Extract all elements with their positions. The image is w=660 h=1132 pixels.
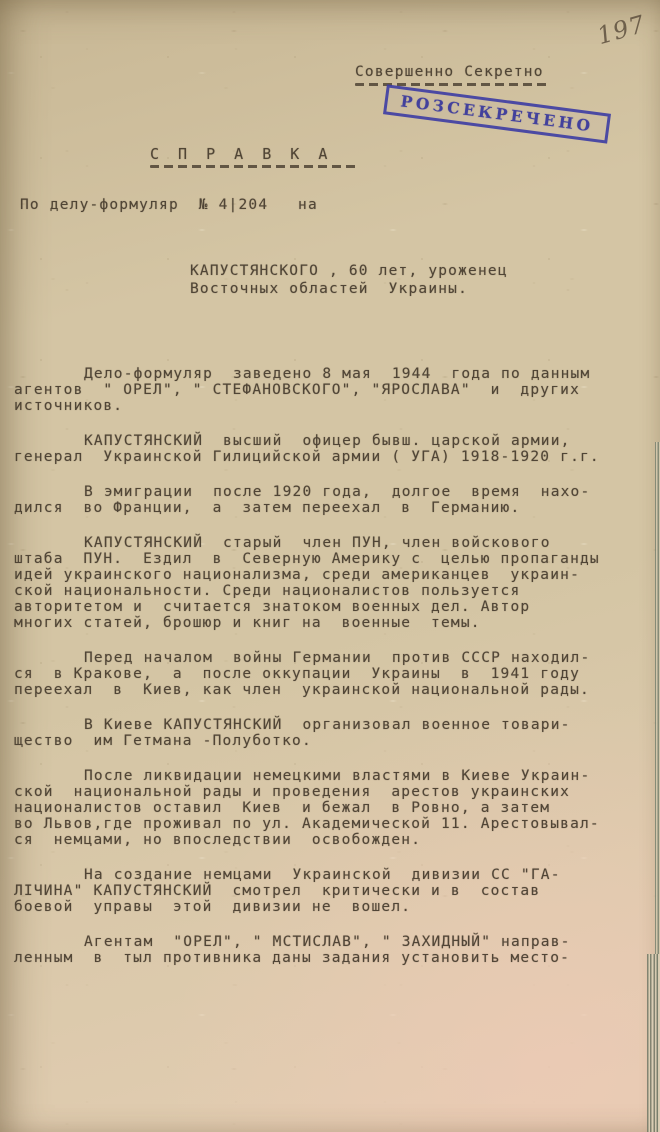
book-page-corner-edges: [647, 954, 660, 1132]
paragraph: В эмиграции после 1920 года, долгое врем…: [14, 484, 654, 516]
classification-header: Совершенно Секретно: [355, 64, 551, 86]
typewritten-line: боевой управы этой дивизии не вошел.: [14, 899, 654, 915]
typewritten-line: После ликвидации немецкими властями в Ки…: [14, 768, 654, 784]
typewritten-line: ской национальности. Среди националистов…: [14, 583, 654, 599]
typewritten-line: во Львов,где проживал по ул. Академическ…: [14, 816, 654, 832]
typewritten-line: Дело-формуляр заведено 8 мая 1944 года п…: [14, 366, 654, 382]
typewritten-line: КАПУСТЯНСКИЙ высший офицер бывш. царской…: [14, 433, 654, 449]
typewritten-line: КАПУСТЯНСКИЙ старый член ПУН, член войск…: [14, 535, 654, 551]
typewritten-line: идей украинского национализма, среди аме…: [14, 567, 654, 583]
classification-text: Совершенно Секретно: [355, 64, 551, 80]
typewritten-line: Агентам "ОРЕЛ", " МСТИСЛАВ", " ЗАХИДНЫЙ"…: [14, 934, 654, 950]
subject-line: КАПУСТЯНСКОГО , 60 лет, уроженец: [190, 262, 508, 280]
document-title-block: С П Р А В К А: [150, 146, 358, 168]
declassified-stamp: РОЗСЕКРЕЧЕНО: [383, 84, 611, 143]
scanned-document-page: 197 Совершенно Секретно РОЗСЕКРЕЧЕНО С П…: [0, 0, 660, 1132]
typewritten-line: генерал Украинской Гилицийской армии ( У…: [14, 449, 654, 465]
typewritten-line: авторитетом и считается знатоком военных…: [14, 599, 654, 615]
paragraph: После ликвидации немецкими властями в Ки…: [14, 768, 654, 848]
typewritten-line: На создание немцами Украинской дивизии С…: [14, 867, 654, 883]
typewritten-line: переехал в Киев, как член украинской нац…: [14, 682, 654, 698]
paragraph: КАПУСТЯНСКИЙ старый член ПУН, член войск…: [14, 535, 654, 631]
paragraph: Перед началом войны Германии против СССР…: [14, 650, 654, 698]
typewritten-line: националистов оставил Киев и бежал в Ров…: [14, 800, 654, 816]
paragraph: КАПУСТЯНСКИЙ высший офицер бывш. царской…: [14, 433, 654, 465]
typewritten-line: ЛІЧИНА" КАПУСТЯНСКИЙ смотрел критически …: [14, 883, 654, 899]
paragraph: В Киеве КАПУСТЯНСКИЙ организовал военное…: [14, 717, 654, 749]
typewritten-line: ской национальной рады и проведения арес…: [14, 784, 654, 800]
paragraph: Дело-формуляр заведено 8 мая 1944 года п…: [14, 366, 654, 414]
typewritten-line: агентов " ОРЕЛ", " СТЕФАНОВСКОГО", "ЯРОС…: [14, 382, 654, 398]
typewritten-line: ся немцами, но впоследствии освобожден.: [14, 832, 654, 848]
typewritten-line: ся в Кракове, а после оккупации Украины …: [14, 666, 654, 682]
typewritten-line: источников.: [14, 398, 654, 414]
paragraph: На создание немцами Украинской дивизии С…: [14, 867, 654, 915]
typewritten-line: дился во Франции, а затем переехал в Гер…: [14, 500, 654, 516]
handwritten-page-number: 197: [594, 10, 649, 50]
document-title: С П Р А В К А: [150, 146, 358, 162]
typewritten-line: щество им Гетмана -Полуботко.: [14, 733, 654, 749]
paragraph: Агентам "ОРЕЛ", " МСТИСЛАВ", " ЗАХИДНЫЙ"…: [14, 934, 654, 966]
case-number-line: По делу-формуляр № 4|204 на: [20, 197, 318, 213]
title-dashed-underline: [150, 165, 358, 168]
typewritten-line: В Киеве КАПУСТЯНСКИЙ организовал военное…: [14, 717, 654, 733]
classification-dashed-underline: [355, 83, 551, 86]
typewritten-line: штаба ПУН. Ездил в Северную Америку с це…: [14, 551, 654, 567]
typewritten-line: многих статей, брошюр и книг на военные …: [14, 615, 654, 631]
subject-line: Восточных областей Украины.: [190, 280, 508, 298]
document-body: Дело-формуляр заведено 8 мая 1944 года п…: [14, 366, 654, 985]
typewritten-line: В эмиграции после 1920 года, долгое врем…: [14, 484, 654, 500]
typewritten-line: Перед началом войны Германии против СССР…: [14, 650, 654, 666]
subject-block: КАПУСТЯНСКОГО , 60 лет, уроженец Восточн…: [190, 262, 508, 298]
typewritten-line: ленным в тыл противника даны задания уст…: [14, 950, 654, 966]
